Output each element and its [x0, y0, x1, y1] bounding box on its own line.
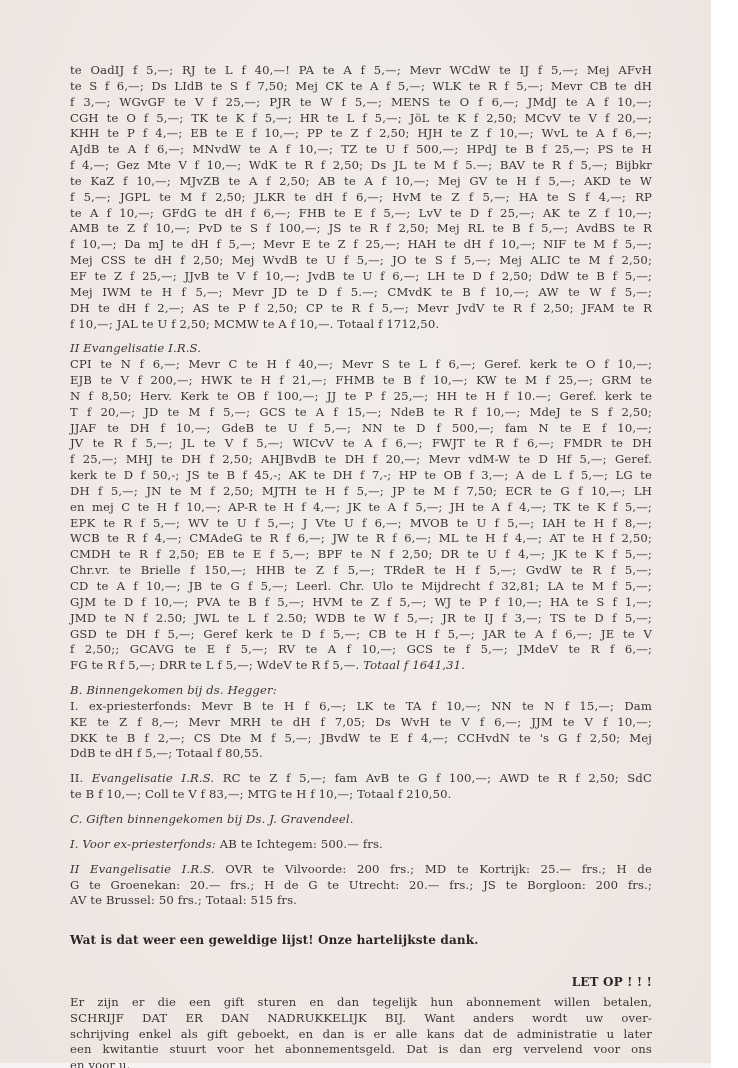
- text-line: EPK te R f 5,—; WV te U f 5,—; J Vte U f…: [70, 516, 652, 532]
- text-line: Chr.vr. te Brielle f 150,—; HHB te Z f 5…: [70, 563, 652, 579]
- text-line: en voor u.: [70, 1058, 652, 1068]
- hegger-ex-priesterfonds: I. ex-priesterfonds: Mevr B te H f 6,—; …: [70, 699, 652, 762]
- donation-list-a: te OadIJ f 5,—; RJ te L f 40,—! PA te A …: [70, 63, 652, 332]
- text-line: Er zijn er die een gift sturen en dan te…: [70, 995, 652, 1011]
- gravendeel-evangelisatie-line: II Evangelisatie I.R.S. OVR te Vilvoorde…: [70, 862, 652, 878]
- text-line: DH f 5,—; JN te M f 2,50; MJTH te H f 5,…: [70, 484, 652, 500]
- thanks-message: Wat is dat weer een geweldige lijst! Onz…: [70, 933, 652, 949]
- text-line: KE te Z f 8,—; Mevr MRH te dH f 7,05; Ds…: [70, 715, 652, 731]
- text-line: f 10,—; JAL te U f 2,50; MCMW te A f 10,…: [70, 317, 652, 333]
- text-line: schrijving enkel als gift geboekt, en da…: [70, 1027, 652, 1043]
- text-line: CPI te N f 6,—; Mevr C te H f 40,—; Mevr…: [70, 357, 652, 373]
- part-prefix: II.: [70, 771, 83, 785]
- text-line: EJB te V f 200,—; HWK te H f 21,—; FHMB …: [70, 373, 652, 389]
- hegger-evangelisatie-line: te B f 10,—; Coll te V f 83,—; MTG te H …: [70, 787, 652, 803]
- section-heading-evangelisatie: II Evangelisatie I.R.S.: [70, 341, 652, 357]
- notice-body: Er zijn er die een gift sturen en dan te…: [70, 995, 652, 1068]
- text-line: CGH te O f 5,—; TK te K f 5,—; HR te L f…: [70, 111, 652, 127]
- part-label: Evangelisatie I.R.S.: [92, 771, 214, 785]
- text-line: f 5,—; JGPL te M f 2,50; JLKR te dH f 6,…: [70, 190, 652, 206]
- text-line: T f 20,—; JD te M f 5,—; GCS te A f 15,—…: [70, 405, 652, 421]
- part-label: II Evangelisatie I.R.S.: [70, 862, 215, 876]
- section-heading-gravendeel: C. Giften binnengekomen bij Ds. J. Grave…: [70, 812, 652, 828]
- text-line: GJM te D f 10,—; PVA te B f 5,—; HVM te …: [70, 595, 652, 611]
- text-line: te OadIJ f 5,—; RJ te L f 40,—! PA te A …: [70, 63, 652, 79]
- text-line: te KaZ f 10,—; MJvZB te A f 2,50; AB te …: [70, 174, 652, 190]
- text-line: DKK te B f 2,—; CS Dte M f 5,—; JBvdW te…: [70, 731, 652, 747]
- text-line: I. ex-priesterfonds: Mevr B te H f 6,—; …: [70, 699, 652, 715]
- part-text: AB te Ichtegem: 500.— frs.: [220, 837, 383, 851]
- text-line: KHH te P f 4,—; EB te E f 10,—; PP te Z …: [70, 126, 652, 142]
- text-line: f 25,—; MHJ te DH f 2,50; AHJBvdB te DH …: [70, 452, 652, 468]
- text-line: DdB te dH f 5,—; Totaal f 80,55.: [70, 746, 652, 762]
- text-line: WCB te R f 4,—; CMAdeG te R f 6,—; JW te…: [70, 531, 652, 547]
- evangelisatie-total-line: FG te R f 5,—; DRR te L f 5,—; WdeV te R…: [70, 658, 652, 674]
- hegger-evangelisatie: II. Evangelisatie I.R.S. RC te Z f 5,—; …: [70, 771, 652, 803]
- text-line: f 4,—; Gez Mte V f 10,—; WdK te R f 2,50…: [70, 158, 652, 174]
- text-line: en mej C te H f 10,—; AP-R te H f 4,—; J…: [70, 500, 652, 516]
- part-label: I. Voor ex-priesterfonds:: [70, 837, 216, 851]
- text-line: f 2,50;; GCAVG te E f 5,—; RV te A f 10,…: [70, 642, 652, 658]
- text-line: DH te dH f 2,—; AS te P f 2,50; CP te R …: [70, 301, 652, 317]
- text-line: CMDH te R f 2,50; EB te E f 5,—; BPF te …: [70, 547, 652, 563]
- notice-title: LET OP ! ! !: [70, 975, 652, 991]
- text-line: f 10,—; Da mJ te dH f 5,—; Mevr E te Z f…: [70, 237, 652, 253]
- text-line: GSD te DH f 5,—; Geref kerk te D f 5,—; …: [70, 627, 652, 643]
- text-line: f 3,—; WGvGF te V f 25,—; PJR te W f 5,—…: [70, 95, 652, 111]
- donation-list-evangelisatie: CPI te N f 6,—; Mevr C te H f 40,—; Mevr…: [70, 357, 652, 674]
- text-line: te A f 10,—; GFdG te dH f 6,—; FHB te E …: [70, 206, 652, 222]
- last-line-text: FG te R f 5,—; DRR te L f 5,—; WdeV te R…: [70, 658, 359, 672]
- gravendeel-evangelisatie: II Evangelisatie I.R.S. OVR te Vilvoorde…: [70, 862, 652, 910]
- part-text: RC te Z f 5,—; fam AvB te G f 100,—; AWD…: [223, 771, 652, 785]
- gravendeel-evangelisatie-line: AV te Brussel: 50 frs.; Totaal: 515 frs.: [70, 893, 652, 909]
- text-line: EF te Z f 25,—; JJvB te V f 10,—; JvdB t…: [70, 269, 652, 285]
- document-body: te OadIJ f 5,—; RJ te L f 40,—! PA te A …: [70, 63, 652, 1068]
- text-line: Mej CSS te dH f 2,50; Mej WvdB te U f 5,…: [70, 253, 652, 269]
- text-line: AMB te Z f 10,—; PvD te S f 100,—; JS te…: [70, 221, 652, 237]
- gravendeel-ex-priesterfonds: I. Voor ex-priesterfonds: AB te Ichtegem…: [70, 837, 652, 853]
- part-text: OVR te Vilvoorde: 200 frs.; MD te Kortri…: [225, 862, 652, 876]
- text-line: JV te R f 5,—; JL te V f 5,—; WICvV te A…: [70, 436, 652, 452]
- gravendeel-evangelisatie-line: G te Groenekan: 20.— frs.; H de G te Utr…: [70, 878, 652, 894]
- text-line: JMD te N f 2.50; JWL te L f 2.50; WDB te…: [70, 611, 652, 627]
- text-line: kerk te D f 50,-; JS te B f 45,-; AK te …: [70, 468, 652, 484]
- text-line: Mej IWM te H f 5,—; Mevr JD te D f 5.—; …: [70, 285, 652, 301]
- hegger-evangelisatie-line: II. Evangelisatie I.R.S. RC te Z f 5,—; …: [70, 771, 652, 787]
- text-line: N f 8,50; Herv. Kerk te OB f 100,—; JJ t…: [70, 389, 652, 405]
- text-line: een kwitantie stuurt voor het abonnement…: [70, 1042, 652, 1058]
- text-line: JJAF te DH f 10,—; GdeB te U f 5,—; NN t…: [70, 421, 652, 437]
- text-line: te S f 6,—; Ds LIdB te S f 7,50; Mej CK …: [70, 79, 652, 95]
- evangelisatie-total: Totaal f 1641,31.: [363, 658, 465, 672]
- text-line: AJdB te A f 6,—; MNvdW te A f 10,—; TZ t…: [70, 142, 652, 158]
- text-line: SCHRIJF DAT ER DAN NADRUKKELIJK BIJ. Wan…: [70, 1011, 652, 1027]
- text-line: CD te A f 10,—; JB te G f 5,—; Leerl. Ch…: [70, 579, 652, 595]
- gravendeel-ex-priesterfonds-line: I. Voor ex-priesterfonds: AB te Ichtegem…: [70, 837, 652, 853]
- section-heading-hegger: B. Binnengekomen bij ds. Hegger:: [70, 683, 652, 699]
